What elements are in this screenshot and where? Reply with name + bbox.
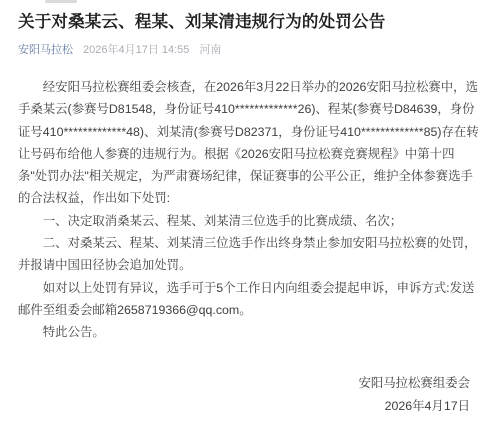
publish-datetime: 2026年4月17日 14:55: [83, 43, 189, 57]
account-name-link[interactable]: 安阳马拉松: [18, 43, 73, 57]
announcement-page: 关于对桑某云、程某、刘某清违规行为的处罚公告 安阳马拉松 2026年4月17日 …: [0, 0, 500, 440]
signature-org: 安阳马拉松赛组委会: [18, 372, 470, 396]
paragraph-intro: 经安阳马拉松赛组委会核查，在2026年3月22日举办的2026安阳马拉松赛中，选…: [18, 76, 482, 210]
article-content: 关于对桑某云、程某、刘某清违规行为的处罚公告 安阳马拉松 2026年4月17日 …: [0, 0, 500, 419]
signature-date: 2026年4月17日: [18, 395, 470, 419]
publish-region: 河南: [199, 43, 221, 57]
top-cropped-element-fragment: [45, 0, 77, 3]
paragraph-penalty-1: 一、决定取消桑某云、程某、刘某清三位选手的比赛成绩、名次；: [18, 210, 482, 232]
byline: 安阳马拉松 2026年4月17日 14:55 河南: [18, 43, 482, 57]
paragraph-closing: 特此公告。: [18, 321, 482, 343]
article-body: 经安阳马拉松赛组委会核查，在2026年3月22日举办的2026安阳马拉松赛中，选…: [18, 76, 482, 344]
page-title: 关于对桑某云、程某、刘某清违规行为的处罚公告: [18, 11, 482, 33]
paragraph-penalty-2: 二、对桑某云、程某、刘某清三位选手作出终身禁止参加安阳马拉松赛的处罚，并报请中国…: [18, 232, 482, 277]
paragraph-appeal: 如对以上处罚有异议，选手可于5个工作日内向组委会提起申诉，申诉方式:发送邮件至组…: [18, 277, 482, 322]
signature-block: 安阳马拉松赛组委会 2026年4月17日: [18, 372, 482, 419]
